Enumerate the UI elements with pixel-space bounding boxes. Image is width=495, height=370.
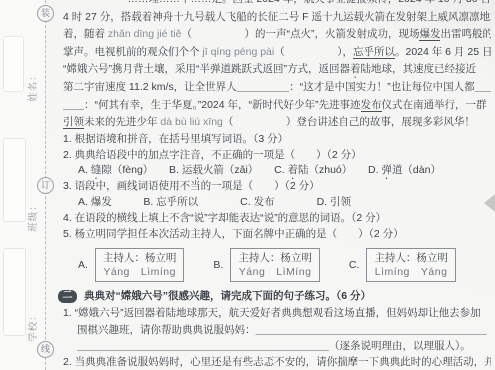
host-pinyin-text: Lìmíng Yáng [374,265,448,279]
binding-char-zhuang: 装 [37,5,54,22]
nameplate-option: A.主持人：杨立明Yáng Lìmíng [78,248,184,282]
text: ：“这才是中国实力！”也让每位中国人都 [289,81,475,93]
question-4: 4. 在语段的横线上填上不含“说”字却能表达“说”的意思的词语。（2 分） [58,211,491,227]
text: 围棋兴趣班，请你帮助典典说服妈妈： [77,324,256,336]
text: （ ）登台讲述自己的故事，展现多彩风华！ [223,116,475,128]
underlined-word: 发布 [361,99,382,112]
exam-content: ……理……不……定。回望 2024 年，航天事业捷报频传，2024 年 10 月… [58,0,491,370]
text: 4. 在语段的横线上填上不含“说”字却能表达“说”的意思的词语。（2 分） [63,212,386,224]
dotted-char: 着 [287,164,298,176]
text: 陆（zhuó） [298,164,368,176]
question-1: 1. 根据语境和拼音，在括号里填写词语。（3 分） [58,132,491,148]
text: 掌声。电视机前的观众们个个 [63,46,202,58]
page-curl [484,194,495,212]
pinyin-text: jī qíng péng pài [202,46,274,58]
text: B. 运 [169,164,192,176]
host-name-text: 主持人：杨立明 [103,251,177,265]
text: 2. 典典给语段中的加点字注音，不正确的一项是（ ）（2 分） [63,149,362,161]
text: C. [274,164,287,176]
text: 1. 根据语境和拼音，在括号里填写词语。（3 分） [63,133,288,145]
underlined-word: 引领 [63,116,84,129]
section-heading-text: 典典对“嫦娥六号”很感兴趣，请完成下面的句子练习。（6 分） [84,290,371,302]
text: 未来的先进少年 [84,116,160,128]
text: 1. “嫦娥六号”返回器着陆地球那天，航天爱好者典典想观看这场直播，但妈妈却让他… [63,307,481,319]
text: ＿＿：“何其有幸，生于华夏。”2024 年，“新时代好少年”先进事迹 [63,99,361,111]
dotted-char: 载 [192,164,203,176]
text: 着，随着 [63,28,108,40]
passage-line-4: “嫦娥六号”携月背土壤，采用“半弹道跳跃式返回”方式，返回器着陆地球，其速度已经… [58,61,491,79]
nameplate-box: 主持人：杨立明Lìmíng Yáng [366,248,456,282]
question-2: 2. 典典给语段中的加点字注音，不正确的一项是（ ）（2 分） [58,148,491,164]
nameplate-option: B.主持人：杨立明Yáng LìMíng [213,248,319,282]
class-field-label: 班级： [28,192,40,240]
text: 仪式在南通举行，一群 [382,99,487,111]
dotted-char: 弹 [381,164,392,176]
text: 。2024 年 6 月 25 日， [395,46,491,58]
binding-char-xian: 线 [37,341,54,358]
passage-line-5: 第二宇宙速度 11.2 km/s，让全世界人＿＿＿＿＿：“这才是中国实力！”也让… [58,79,491,97]
section-2-item-2-line-1: 2. 当典典准备说服妈妈时，心里还是有些忐忑不安的，请你揣摩一下典典此时的心理活… [58,354,491,370]
section-2-item-1-line-1: 1. “嫦娥六号”返回器着陆地球那天，航天爱好者典典想观看这场直播，但妈妈却让他… [58,305,491,321]
host-pinyin-text: Yáng LìMíng [238,265,312,279]
text: ＿＿＿＿＿＿＿＿＿＿＿＿＿＿＿＿＿＿＿＿＿＿ [256,324,487,336]
text: ……理……不……定。回望 2024 年，航天事业捷报频传，2024 年 10 月… [128,0,492,5]
question-5-nameplates: A.主持人：杨立明Yáng LìmíngB.主持人：杨立明Yáng LìMíng… [58,242,491,288]
text: 陆地球，其速度已经接近 [361,63,477,75]
passage-line-0: ……理……不……定。回望 2024 年，航天事业捷报频传，2024 年 10 月… [58,0,491,9]
question-3: 3. 语段中，画线词语使用不当的一项是（ ）（2 分） [58,179,491,195]
text: 火箭（zǎi） [203,164,274,176]
name-blank-field [3,36,24,92]
text: ＿＿ [475,81,491,93]
text: A. [78,164,91,176]
binding-char-ding: 订 [37,177,54,194]
text: “嫦娥六号”携月背土壤，采用“半弹道跳跃式返回”方式，返回器 [63,63,350,75]
underlined-word: 忘乎所以 [353,46,395,59]
host-name-text: 主持人：杨立明 [238,251,312,265]
option-label: C. [349,259,360,271]
passage-line-7: 引领未来的先进少年 dà bù liú xīng（ ）登台讲述自己的故事，展现多… [58,114,491,132]
host-pinyin-text: Yáng Lìmíng [103,265,177,279]
dotted-char: 缝 [91,164,102,176]
option-label: A. [78,259,88,271]
pinyin-text: dà bù liú xīng [160,116,222,128]
text: A. 爆发 B. 忘乎所以 C. 发布 D. 引领 [78,196,351,208]
question-2-options: A. 缝隙（fèng） B. 运载火箭（zǎi） C. 着陆（zhuó） D. … [58,163,491,179]
nameplate-box: 主持人：杨立明Yáng Lìmíng [95,248,185,282]
class-blank-field [3,138,26,222]
text: ＿＿＿＿＿ [237,81,290,93]
section-2-item-1-line-3: ＿＿＿＿＿＿＿＿＿＿＿＿＿＿＿＿＿＿＿＿＿＿＿＿（逐条说明理由，以理服人）。 [58,338,491,354]
text: （ ）， [274,46,353,58]
text: 4 时 27 分，搭载着神舟十九号载人飞船的长征二号 F 遥十九运载火箭在发射架… [63,11,491,23]
school-blank-field [3,248,26,336]
passage-line-1: 4 时 27 分，搭载着神舟十九号载人飞船的长征二号 F 遥十九运载火箭在发射架… [58,9,491,27]
text: 第二宇宙速度 11.2 km/s，让全世界人 [63,81,237,93]
text: 3. 语段中，画线词语使用不当的一项是（ ）（2 分） [63,180,320,192]
text: （ ）的一声“点火”，火箭发射成功，现场 [181,28,419,40]
nameplate-box: 主持人：杨立明Yáng LìMíng [230,248,320,282]
passage-line-6: ＿＿：“何其有幸，生于华夏。”2024 年，“新时代好少年”先进事迹发布仪式在南… [58,97,491,115]
nameplate-option: C.主持人：杨立明Lìmíng Yáng [349,248,456,282]
option-label: B. [213,259,223,271]
text: 出雷鸣般的 [440,28,491,40]
text: 隙（fèng） [101,164,169,176]
underlined-word: 爆发 [419,28,440,41]
name-field-label: 姓名： [28,62,40,110]
question-5: 5. 杨立明同学担任本次活动主持人，下面名牌中正确的是（ ）（2 分） [58,227,491,243]
text: ＿＿＿＿＿＿＿＿＿＿＿＿＿＿＿＿＿＿＿＿＿＿＿＿ [77,340,329,352]
passage-line-3: 掌声。电视机前的观众们个个 jī qíng péng pài（ ），忘乎所以。2… [58,44,491,62]
question-3-options: A. 爆发 B. 忘乎所以 C. 发布 D. 引领 [58,195,491,211]
section-2-heading: 二典典对“嫦娥六号”很感兴趣，请完成下面的句子练习。（6 分） [58,288,491,305]
scanned-exam-page: { "margin": { "field_labels": ["姓名：", "班… [0,0,495,370]
text: 2. 当典典准备说服妈妈时，心里还是有些忐忑不安的，请你揣摩一下典典此时的心理活… [63,356,491,368]
section-2-item-1-line-2: 围棋兴趣班，请你帮助典典说服妈妈：＿＿＿＿＿＿＿＿＿＿＿＿＿＿＿＿＿＿＿＿＿＿ [58,322,491,338]
text: 5. 杨立明同学担任本次活动主持人，下面名牌中正确的是（ ）（2 分） [63,228,404,240]
text: 道（dàn） [392,164,441,176]
pinyin-text: zhǎn dīng jié tiě [108,28,182,40]
host-name-text: 主持人：杨立明 [374,251,448,265]
dotted-char: 着 [350,63,361,75]
school-field-label: 学校： [28,302,40,350]
section-number-badge: 二 [58,290,77,303]
text: （逐条说明理由，以理服人）。 [329,340,471,352]
passage-line-2: 着，随着 zhǎn dīng jié tiě（ ）的一声“点火”，火箭发射成功，… [58,26,491,44]
text: D. [368,164,381,176]
